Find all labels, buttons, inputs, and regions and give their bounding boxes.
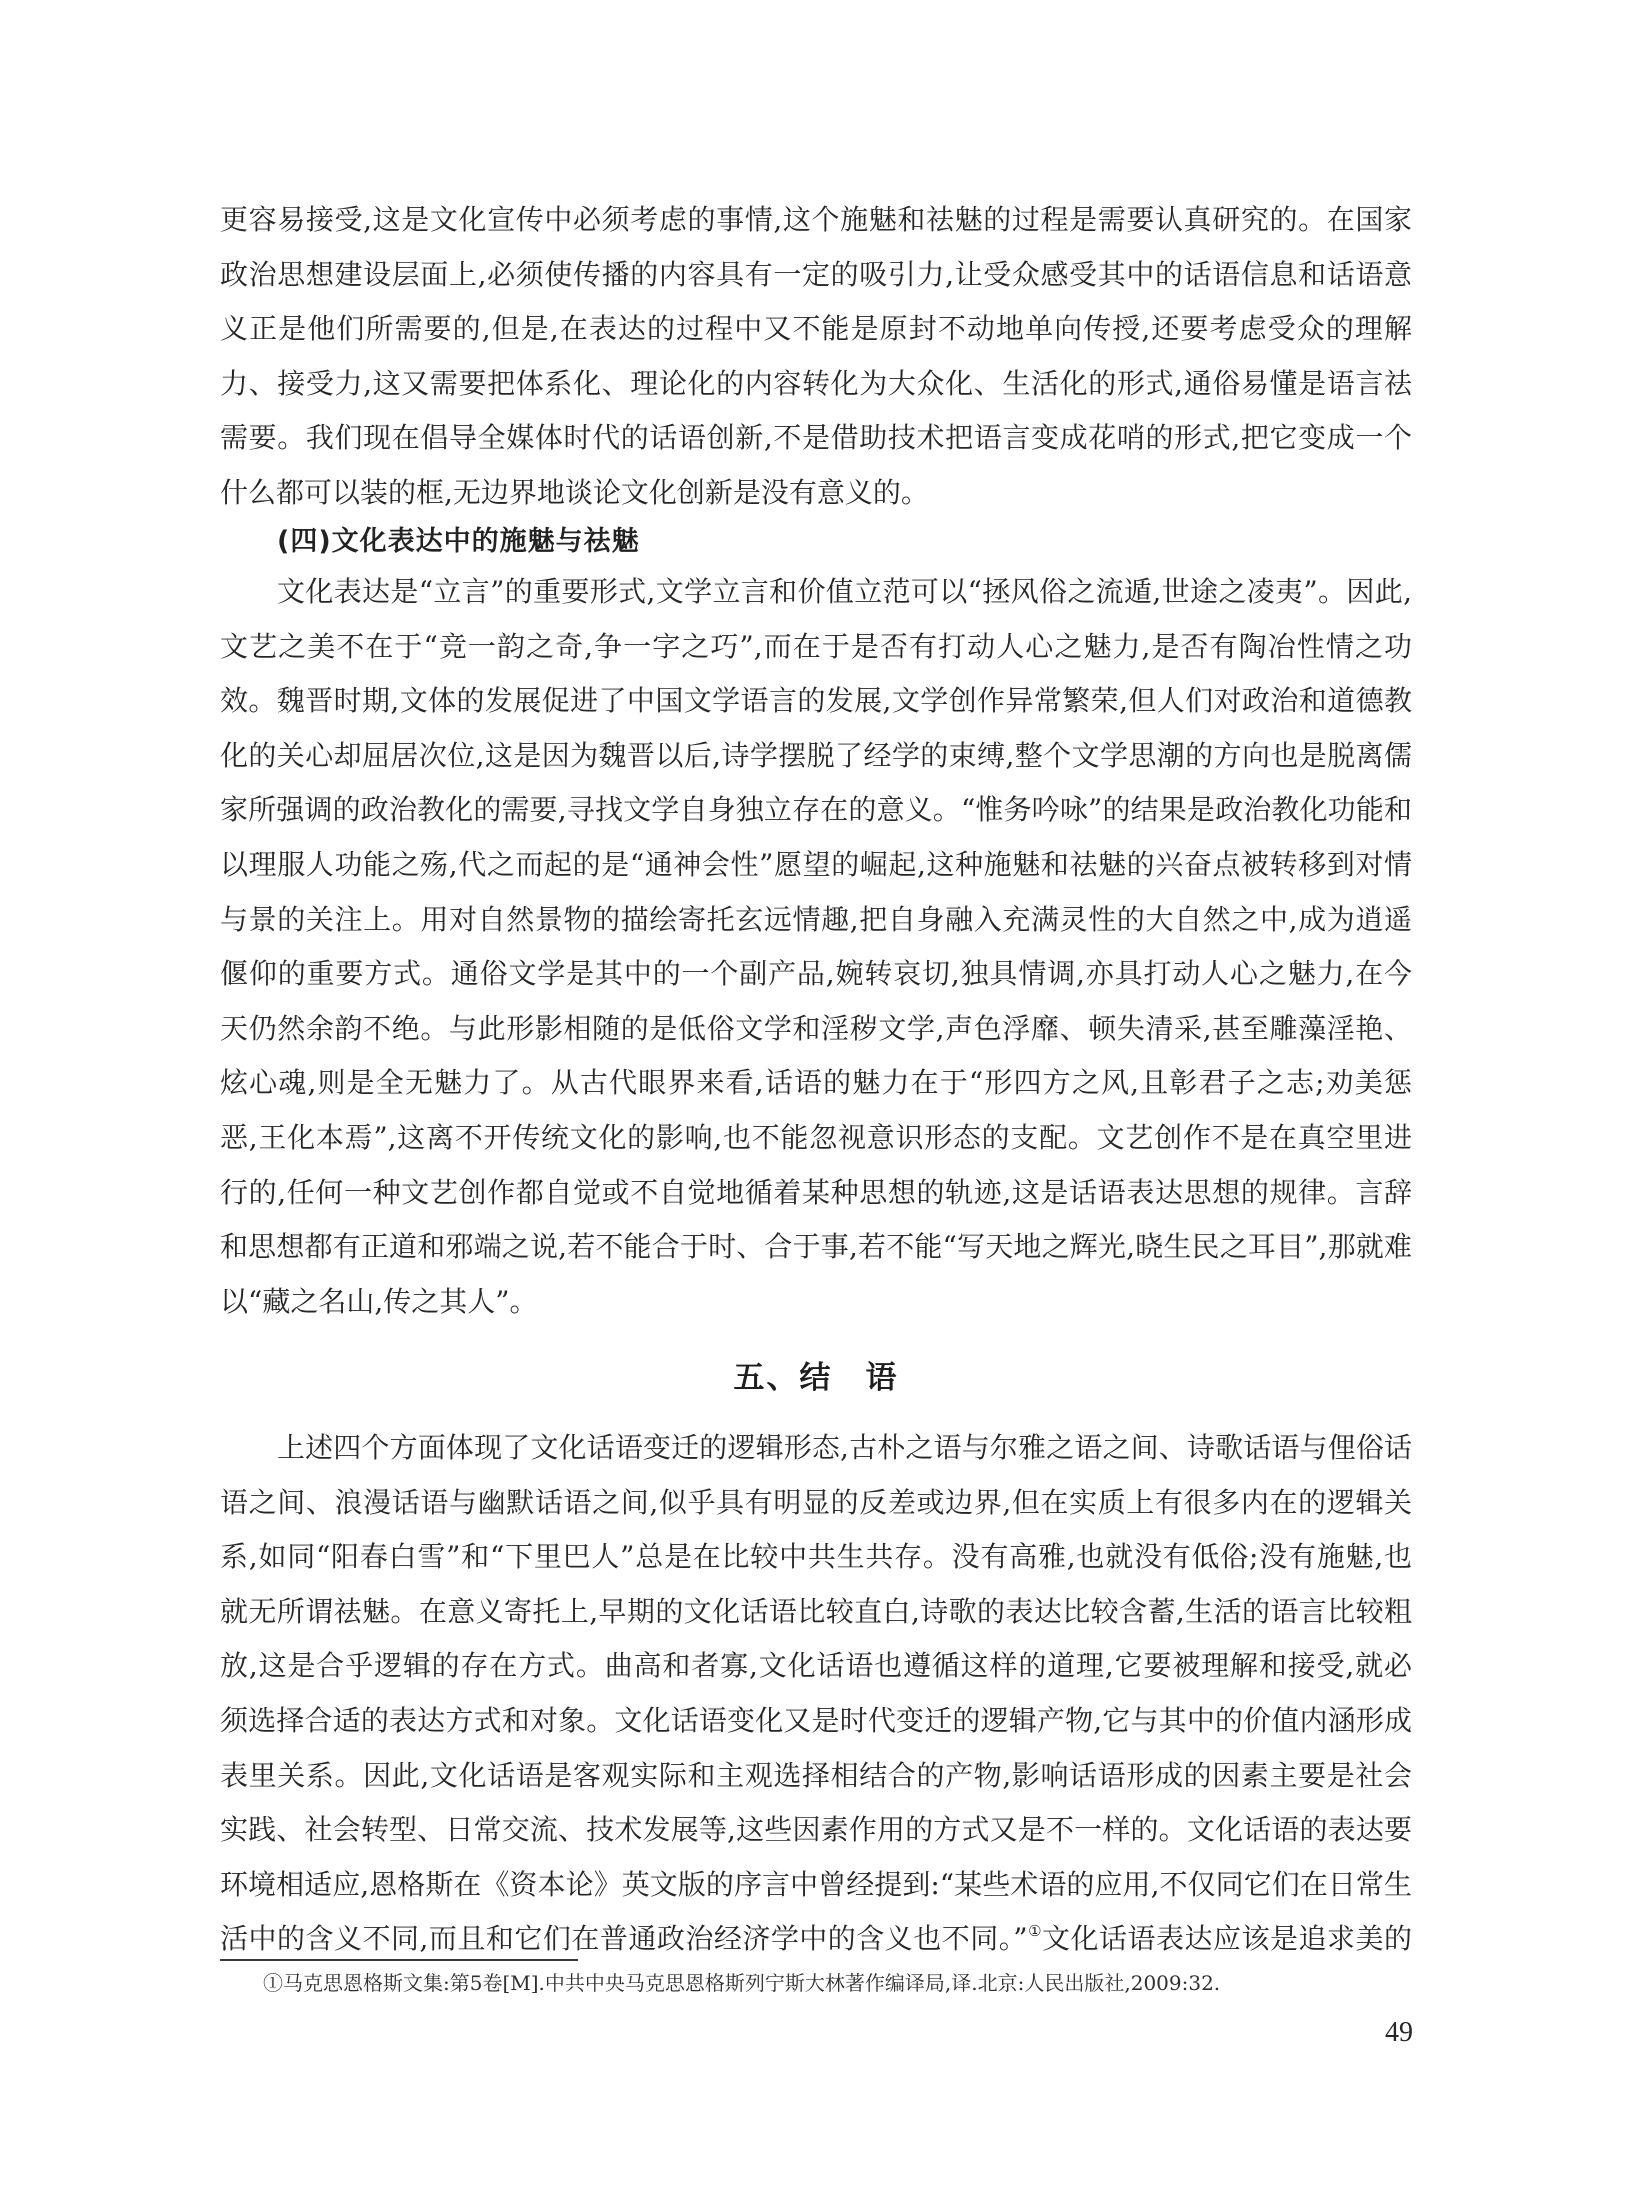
text-line: 语之间、浪漫话语与幽默话语之间,似乎具有明显的反差或边界,但在实质上有很多内在的…: [220, 1476, 1412, 1531]
text-segment: 文化话语表达应该是追求美的: [1042, 1922, 1412, 1955]
text-line: 家所强调的政治教化的需要,寻找文学自身独立存在的意义。“惟务吟咏”的结果是政治教…: [220, 783, 1412, 838]
text-line: 放,这是合乎逻辑的存在方式。曲高和者寡,文化话语也遵循这样的道理,它要被理解和接…: [220, 1639, 1412, 1694]
text-line: 就无所谓祛魅。在意义寄托上,早期的文化话语比较直白,诗歌的表达比较含蓄,生活的语…: [220, 1585, 1412, 1640]
footnote: ①马克思恩格斯文集:第5卷[M].中共中央马克思恩格斯列宁斯大林著作编译局,译.…: [263, 1968, 1220, 1998]
paragraph-cultural-expression: 文化表达是“立言”的重要形式,文学立言和价值立范可以“拯风俗之流遁,世途之凌夷”…: [220, 565, 1412, 1329]
footnote-divider: [220, 1959, 578, 1961]
text-line: 需要。我们现在倡导全媒体时代的话语创新,不是借助技术把语言变成花哨的形式,把它变…: [220, 411, 1412, 466]
text-line: 文化表达是“立言”的重要形式,文学立言和价值立范可以“拯风俗之流遁,世途之凌夷”…: [220, 565, 1412, 620]
paragraph-conclusion: 上述四个方面体现了文化话语变迁的逻辑形态,古朴之语与尔雅之语之间、诗歌话语与俚俗…: [220, 1421, 1412, 1967]
text-line: 天仍然余韵不绝。与此形影相随的是低俗文学和淫秽文学,声色浮靡、顿失清采,甚至雕藻…: [220, 1002, 1412, 1057]
text-line: 政治思想建设层面上,必须使传播的内容具有一定的吸引力,让受众感受其中的话语信息和…: [220, 248, 1412, 303]
footnote-reference[interactable]: ①: [1028, 1922, 1042, 1940]
text-line: 偃仰的重要方式。通俗文学是其中的一个副产品,婉转哀切,独具情调,亦具打动人心之魅…: [220, 947, 1412, 1002]
text-line: 与景的关注上。用对自然景物的描绘寄托玄远情趣,把自身融入充满灵性的大自然之中,成…: [220, 893, 1412, 948]
text-line: 炫心魂,则是全无魅力了。从古代眼界来看,话语的魅力在于“形四方之风,且彰君子之志…: [220, 1056, 1412, 1111]
text-line: 行的,任何一种文艺创作都自觉或不自觉地循着某种思想的轨迹,这是话语表达思想的规律…: [220, 1166, 1412, 1221]
text-line: 更容易接受,这是文化宣传中必须考虑的事情,这个施魅和祛魅的过程是需要认真研究的。…: [220, 193, 1412, 248]
text-line: 实践、社会转型、日常交流、技术发展等,这些因素作用的方式又是不一样的。文化话语的…: [220, 1803, 1412, 1858]
text-line: 恶,王化本焉”,这离不开传统文化的影响,也不能忽视意识形态的支配。文艺创作不是在…: [220, 1111, 1412, 1166]
text-segment: 活中的含义不同,而且和它们在普通政治经济学中的含义也不同。”: [220, 1922, 1028, 1955]
text-line: 环境相适应,恩格斯在《资本论》英文版的序言中曾经提到:“某些术语的应用,不仅同它…: [220, 1858, 1412, 1913]
text-line: 效。魏晋时期,文体的发展促进了中国文学语言的发展,文学创作异常繁荣,但人们对政治…: [220, 674, 1412, 729]
subsection-heading: (四)文化表达中的施魅与祛魅: [277, 522, 640, 562]
text-line: 须选择合适的表达方式和对象。文化话语变化又是时代变迁的逻辑产物,它与其中的价值内…: [220, 1694, 1412, 1749]
text-line: 系,如同“阳春白雪”和“下里巴人”总是在比较中共生共存。没有高雅,也就没有低俗;…: [220, 1530, 1412, 1585]
text-line: 什么都可以装的框,无边界地谈论文化创新是没有意义的。: [220, 466, 1412, 521]
text-line: 以理服人功能之殇,代之而起的是“通神会性”愿望的崛起,这种施魅和祛魅的兴奋点被转…: [220, 838, 1412, 893]
text-line: 和思想都有正道和邪端之说,若不能合于时、合于事,若不能“写天地之辉光,晓生民之耳…: [220, 1220, 1412, 1275]
document-page: 更容易接受,这是文化宣传中必须考虑的事情,这个施魅和祛魅的过程是需要认真研究的。…: [0, 0, 1632, 2199]
text-line: 力、接受力,这又需要把体系化、理论化的内容转化为大众化、生活化的形式,通俗易懂是…: [220, 357, 1412, 412]
text-line: 表里关系。因此,文化话语是客观实际和主观选择相结合的产物,影响话语形成的因素主要…: [220, 1749, 1412, 1804]
paragraph-continuation: 更容易接受,这是文化宣传中必须考虑的事情,这个施魅和祛魅的过程是需要认真研究的。…: [220, 193, 1412, 521]
text-line: 文艺之美不在于“竞一韵之奇,争一字之巧”,而在于是否有打动人心之魅力,是否有陶冶…: [220, 620, 1412, 675]
page-number: 49: [1385, 2016, 1413, 2050]
text-line: 化的关心却屈居次位,这是因为魏晋以后,诗学摆脱了经学的束缚,整个文学思潮的方向也…: [220, 729, 1412, 784]
text-line: 义正是他们所需要的,但是,在表达的过程中又不能是原封不动地单向传授,还要考虑受众…: [220, 302, 1412, 357]
text-line: 上述四个方面体现了文化话语变迁的逻辑形态,古朴之语与尔雅之语之间、诗歌话语与俚俗…: [220, 1421, 1412, 1476]
text-line: 以“藏之名山,传之其人”。: [220, 1275, 1412, 1330]
section-heading-conclusion: 五、结 语: [0, 1356, 1632, 1400]
